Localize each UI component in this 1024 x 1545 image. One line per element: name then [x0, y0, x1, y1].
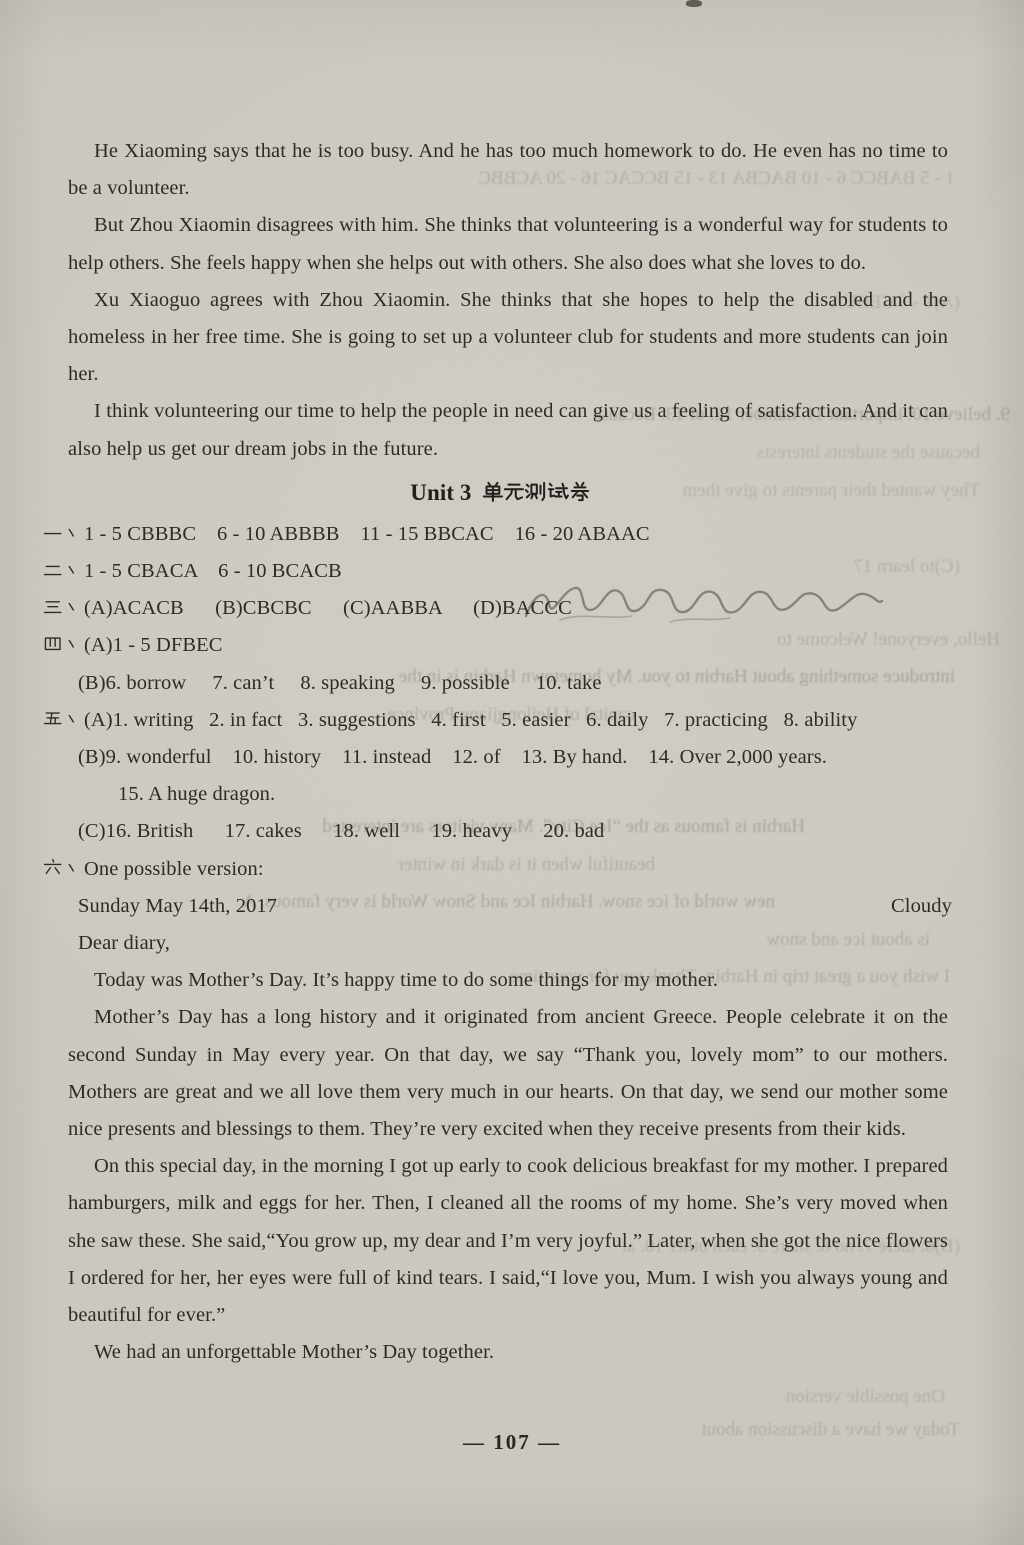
unit-heading-en: Unit 3 — [410, 480, 471, 505]
answer-row-9: (C)16. British 17. cakes 18. well 19. he… — [78, 813, 958, 850]
unit-heading: Unit 3 — [43, 473, 958, 513]
diary-dateline: Sunday May 14th, 2017 Cloudy — [43, 888, 958, 925]
answer-row-label — [43, 858, 82, 880]
diary-paragraph: Mother’s Day has a long history and it o… — [68, 999, 948, 1148]
answer-row-2: 1 - 5 CBACA 6 - 10 BCACB — [43, 553, 958, 590]
answer-row-text: 15. A huge dragon. — [118, 783, 275, 805]
bleedthrough-text: One possible version — [615, 1386, 945, 1408]
answer-row-text: One possible version: — [84, 858, 264, 880]
scan-smudge — [686, 0, 702, 7]
answer-row-label — [43, 634, 82, 656]
answer-row-text: (B)6. borrow 7. can’t 8. speaking 9. pos… — [78, 672, 602, 694]
diary-weather: Cloudy — [891, 888, 952, 925]
diary-salutation: Dear diary, — [78, 925, 958, 962]
passage-paragraph: Xu Xiaoguo agrees with Zhou Xiaomin. She… — [68, 282, 948, 394]
answer-row-3: (A)ACACB (B)CBCBC (C)AABBA (D)BACCC — [43, 590, 958, 627]
page-number: — 107 — — [0, 1430, 1024, 1455]
diary-paragraph: We had an unforgettable Mother’s Day tog… — [68, 1334, 948, 1371]
unit-heading-zh — [482, 480, 591, 505]
answer-row-1: 1 - 5 CBBBC 6 - 10 ABBBB 11 - 15 BBCAC 1… — [43, 516, 958, 553]
answer-row-7: (B)9. wonderful 10. history 11. instead … — [78, 739, 958, 776]
answer-row-4: (A)1 - 5 DFBEC — [43, 627, 958, 664]
passage-paragraph: I think volunteering our time to help th… — [68, 393, 948, 467]
diary-paragraph: Today was Mother’s Day. It’s happy time … — [68, 962, 948, 999]
answer-row-5: (B)6. borrow 7. can’t 8. speaking 9. pos… — [78, 665, 958, 702]
answer-row-8: 15. A huge dragon. — [118, 776, 958, 813]
diary-date: Sunday May 14th, 2017 — [78, 888, 277, 925]
answer-row-text: (A)ACACB (B)CBCBC (C)AABBA (D)BACCC — [84, 597, 572, 619]
passage-paragraph: But Zhou Xiaomin disagrees with him. She… — [68, 207, 948, 281]
scanned-answer-key-page: 1 - 5 BABCC 6 - 10 BACBA 13 - 15 BCCAC 1… — [0, 0, 1024, 1545]
passage-paragraph: He Xiaoming says that he is too busy. An… — [68, 133, 948, 207]
answer-row-text: (B)9. wonderful 10. history 11. instead … — [78, 746, 827, 768]
answer-row-text: (A)1 - 5 DFBEC — [84, 634, 223, 656]
diary-paragraph: On this special day, in the morning I go… — [68, 1148, 948, 1334]
answer-row-text: 1 - 5 CBACA 6 - 10 BCACB — [84, 560, 342, 582]
answer-row-label — [43, 597, 82, 619]
answer-row-text: (C)16. British 17. cakes 18. well 19. he… — [78, 820, 604, 842]
answer-row-label — [43, 560, 82, 582]
answer-row-6: (A)1. writing 2. in fact 3. suggestions … — [43, 702, 958, 739]
answer-row-label — [43, 709, 82, 731]
answer-row-text: 1 - 5 CBBBC 6 - 10 ABBBB 11 - 15 BBCAC 1… — [84, 523, 650, 545]
answer-row-10: One possible version: — [43, 851, 958, 888]
answer-row-text: (A)1. writing 2. in fact 3. suggestions … — [84, 709, 858, 731]
answer-row-label — [43, 523, 82, 545]
page-content: He Xiaoming says that he is too busy. An… — [43, 133, 958, 1372]
